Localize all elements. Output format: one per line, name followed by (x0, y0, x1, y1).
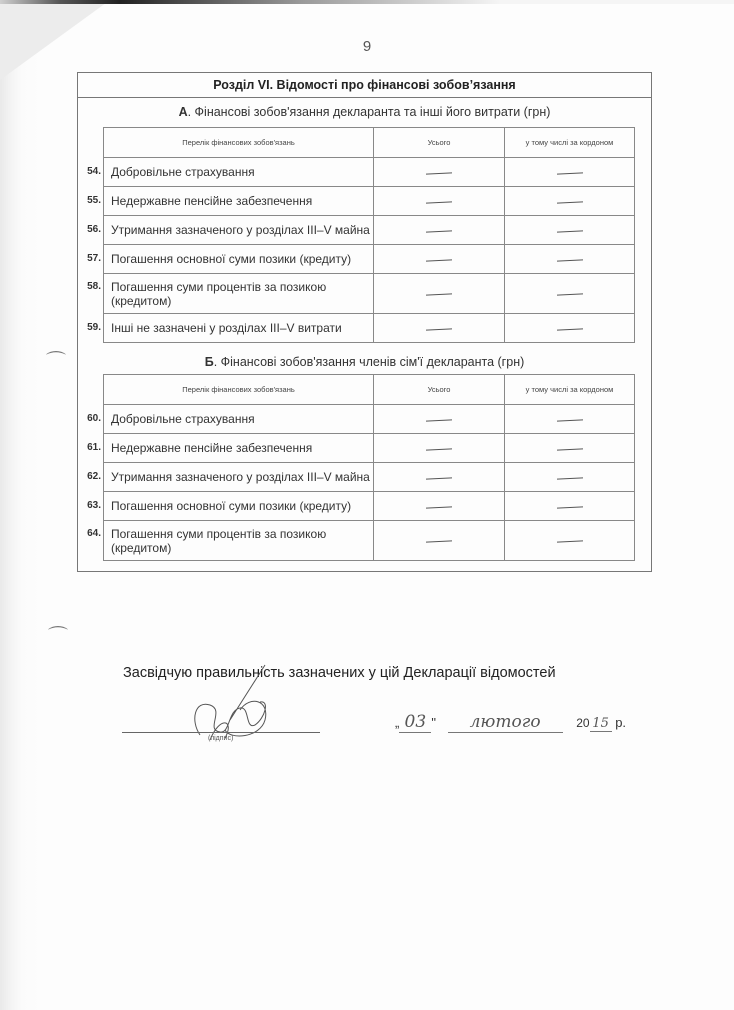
table-header-row: Перелік фінансових зобов'язань Усього у … (104, 375, 635, 405)
dash-mark (556, 506, 582, 508)
date-suffix: р. (615, 715, 626, 730)
row-label-cell: 61.Недержавне пенсійне забезпечення (104, 434, 374, 463)
row-label: Інші не зазначені у розділах III–V витра… (111, 321, 342, 335)
row-number: 62. (79, 470, 101, 484)
abroad-cell: — (505, 463, 635, 492)
row-number: 63. (79, 499, 101, 513)
table-row: 64.Погашення суми процентів за позикою (… (104, 521, 635, 561)
total-cell: — (374, 314, 505, 343)
dash-mark (556, 259, 582, 261)
abroad-cell: — (505, 492, 635, 521)
header-abroad: у тому числі за кордоном (505, 375, 635, 405)
header-list: Перелік фінансових зобов'язань (104, 128, 374, 158)
abroad-cell: — (505, 314, 635, 343)
part-b-letter: Б (205, 355, 214, 369)
table-row: 56.Утримання зазначеного у розділах III–… (104, 216, 635, 245)
row-number: 59. (79, 321, 101, 335)
total-cell: — (374, 434, 505, 463)
row-label: Утримання зазначеного у розділах III–V м… (111, 223, 370, 237)
dash-mark (426, 506, 452, 508)
part-a-title-text: . Фінансові зобов'язання декларанта та і… (188, 105, 551, 119)
part-b-title-text: . Фінансові зобов'язання членів сім'ї де… (214, 355, 525, 369)
dash-mark (556, 540, 582, 542)
date-year-prefix: 20 (576, 716, 589, 730)
table-header-row: Перелік фінансових зобов'язань Усього у … (104, 128, 635, 158)
total-cell: — (374, 492, 505, 521)
table-row: 54.Добровільне страхування—— (104, 158, 635, 187)
row-label-cell: 56.Утримання зазначеного у розділах III–… (104, 216, 374, 245)
part-b-title: Б. Фінансові зобов'язання членів сім'ї д… (78, 355, 651, 369)
row-number: 56. (79, 223, 101, 237)
row-label: Погашення основної суми позики (кредиту) (111, 252, 351, 266)
header-total: Усього (374, 375, 505, 405)
table-row: 59.Інші не зазначені у розділах III–V ви… (104, 314, 635, 343)
total-cell: — (374, 245, 505, 274)
row-label: Недержавне пенсійне забезпечення (111, 194, 312, 208)
signature-caption: (підпис) (208, 735, 233, 742)
table-row: 58.Погашення суми процентів за позикою (… (104, 274, 635, 314)
table-row: 60.Добровільне страхування—— (104, 405, 635, 434)
dash-mark (426, 328, 452, 330)
row-number: 60. (79, 412, 101, 426)
abroad-cell: — (505, 158, 635, 187)
date-month: лютого (448, 712, 563, 733)
row-label: Добровільне страхування (111, 165, 255, 179)
total-cell: — (374, 187, 505, 216)
date-day: 03 (399, 712, 431, 733)
table-row: 62.Утримання зазначеного у розділах III–… (104, 463, 635, 492)
dash-mark (556, 477, 582, 479)
dash-mark (426, 477, 452, 479)
dash-mark (556, 419, 582, 421)
dash-mark (426, 540, 452, 542)
total-cell: — (374, 405, 505, 434)
dash-mark (556, 201, 582, 203)
dash-mark (426, 448, 452, 450)
row-label-cell: 57.Погашення основної суми позики (креди… (104, 245, 374, 274)
row-label: Погашення суми процентів за позикою (кре… (111, 280, 326, 308)
table-row: 61.Недержавне пенсійне забезпечення—— (104, 434, 635, 463)
dash-mark (556, 293, 582, 295)
abroad-cell: — (505, 434, 635, 463)
punch-hole-mark: ⌒ (46, 345, 66, 374)
abroad-cell: — (505, 245, 635, 274)
part-b-table: Перелік фінансових зобов'язань Усього у … (103, 374, 635, 561)
abroad-cell: — (505, 274, 635, 314)
row-label-cell: 54.Добровільне страхування (104, 158, 374, 187)
row-label-cell: 62.Утримання зазначеного у розділах III–… (104, 463, 374, 492)
header-list: Перелік фінансових зобов'язань (104, 375, 374, 405)
row-number: 58. (79, 280, 101, 294)
dash-mark (426, 201, 452, 203)
part-a-title: А. Фінансові зобов'язання декларанта та … (78, 105, 651, 119)
dash-mark (556, 172, 582, 174)
total-cell: — (374, 521, 505, 561)
table-row: 63.Погашення основної суми позики (креди… (104, 492, 635, 521)
row-label: Утримання зазначеного у розділах III–V м… (111, 470, 370, 484)
table-row: 55.Недержавне пенсійне забезпечення—— (104, 187, 635, 216)
date-year-suffix: 15 (590, 716, 612, 732)
total-cell: — (374, 274, 505, 314)
row-label-cell: 59.Інші не зазначені у розділах III–V ви… (104, 314, 374, 343)
dash-mark (426, 293, 452, 295)
row-label-cell: 55.Недержавне пенсійне забезпечення (104, 187, 374, 216)
header-abroad: у тому числі за кордоном (505, 128, 635, 158)
abroad-cell: — (505, 216, 635, 245)
row-label: Добровільне страхування (111, 412, 255, 426)
punch-hole-mark: ⌒ (48, 620, 68, 649)
dash-mark (556, 230, 582, 232)
row-label-cell: 63.Погашення основної суми позики (креди… (104, 492, 374, 521)
row-number: 61. (79, 441, 101, 455)
total-cell: — (374, 216, 505, 245)
abroad-cell: — (505, 187, 635, 216)
part-a-letter: А (179, 105, 188, 119)
row-number: 64. (79, 527, 101, 541)
page-number: 9 (0, 38, 734, 55)
abroad-cell: — (505, 521, 635, 561)
scan-top-edge (0, 0, 734, 4)
date-block: „03" лютого 2015 р. (395, 712, 626, 736)
total-cell: — (374, 158, 505, 187)
signature-line (122, 732, 320, 733)
dash-mark (426, 172, 452, 174)
dash-mark (556, 448, 582, 450)
row-label-cell: 64.Погашення суми процентів за позикою (… (104, 521, 374, 561)
date-close-quote: " (431, 715, 436, 730)
total-cell: — (374, 463, 505, 492)
row-number: 57. (79, 252, 101, 266)
row-label: Недержавне пенсійне забезпечення (111, 441, 312, 455)
section-vi-frame: Розділ VI. Відомості про фінансові зобов… (77, 72, 652, 572)
abroad-cell: — (505, 405, 635, 434)
row-label-cell: 58.Погашення суми процентів за позикою (… (104, 274, 374, 314)
dash-mark (426, 419, 452, 421)
table-row: 57.Погашення основної суми позики (креди… (104, 245, 635, 274)
row-label: Погашення суми процентів за позикою (кре… (111, 527, 326, 555)
header-total: Усього (374, 128, 505, 158)
section-title: Розділ VI. Відомості про фінансові зобов… (78, 73, 651, 98)
dash-mark (426, 259, 452, 261)
row-number: 55. (79, 194, 101, 208)
row-number: 54. (79, 165, 101, 179)
dash-mark (426, 230, 452, 232)
row-label: Погашення основної суми позики (кредиту) (111, 499, 351, 513)
dash-mark (556, 328, 582, 330)
row-label-cell: 60.Добровільне страхування (104, 405, 374, 434)
part-a-table: Перелік фінансових зобов'язань Усього у … (103, 127, 635, 343)
